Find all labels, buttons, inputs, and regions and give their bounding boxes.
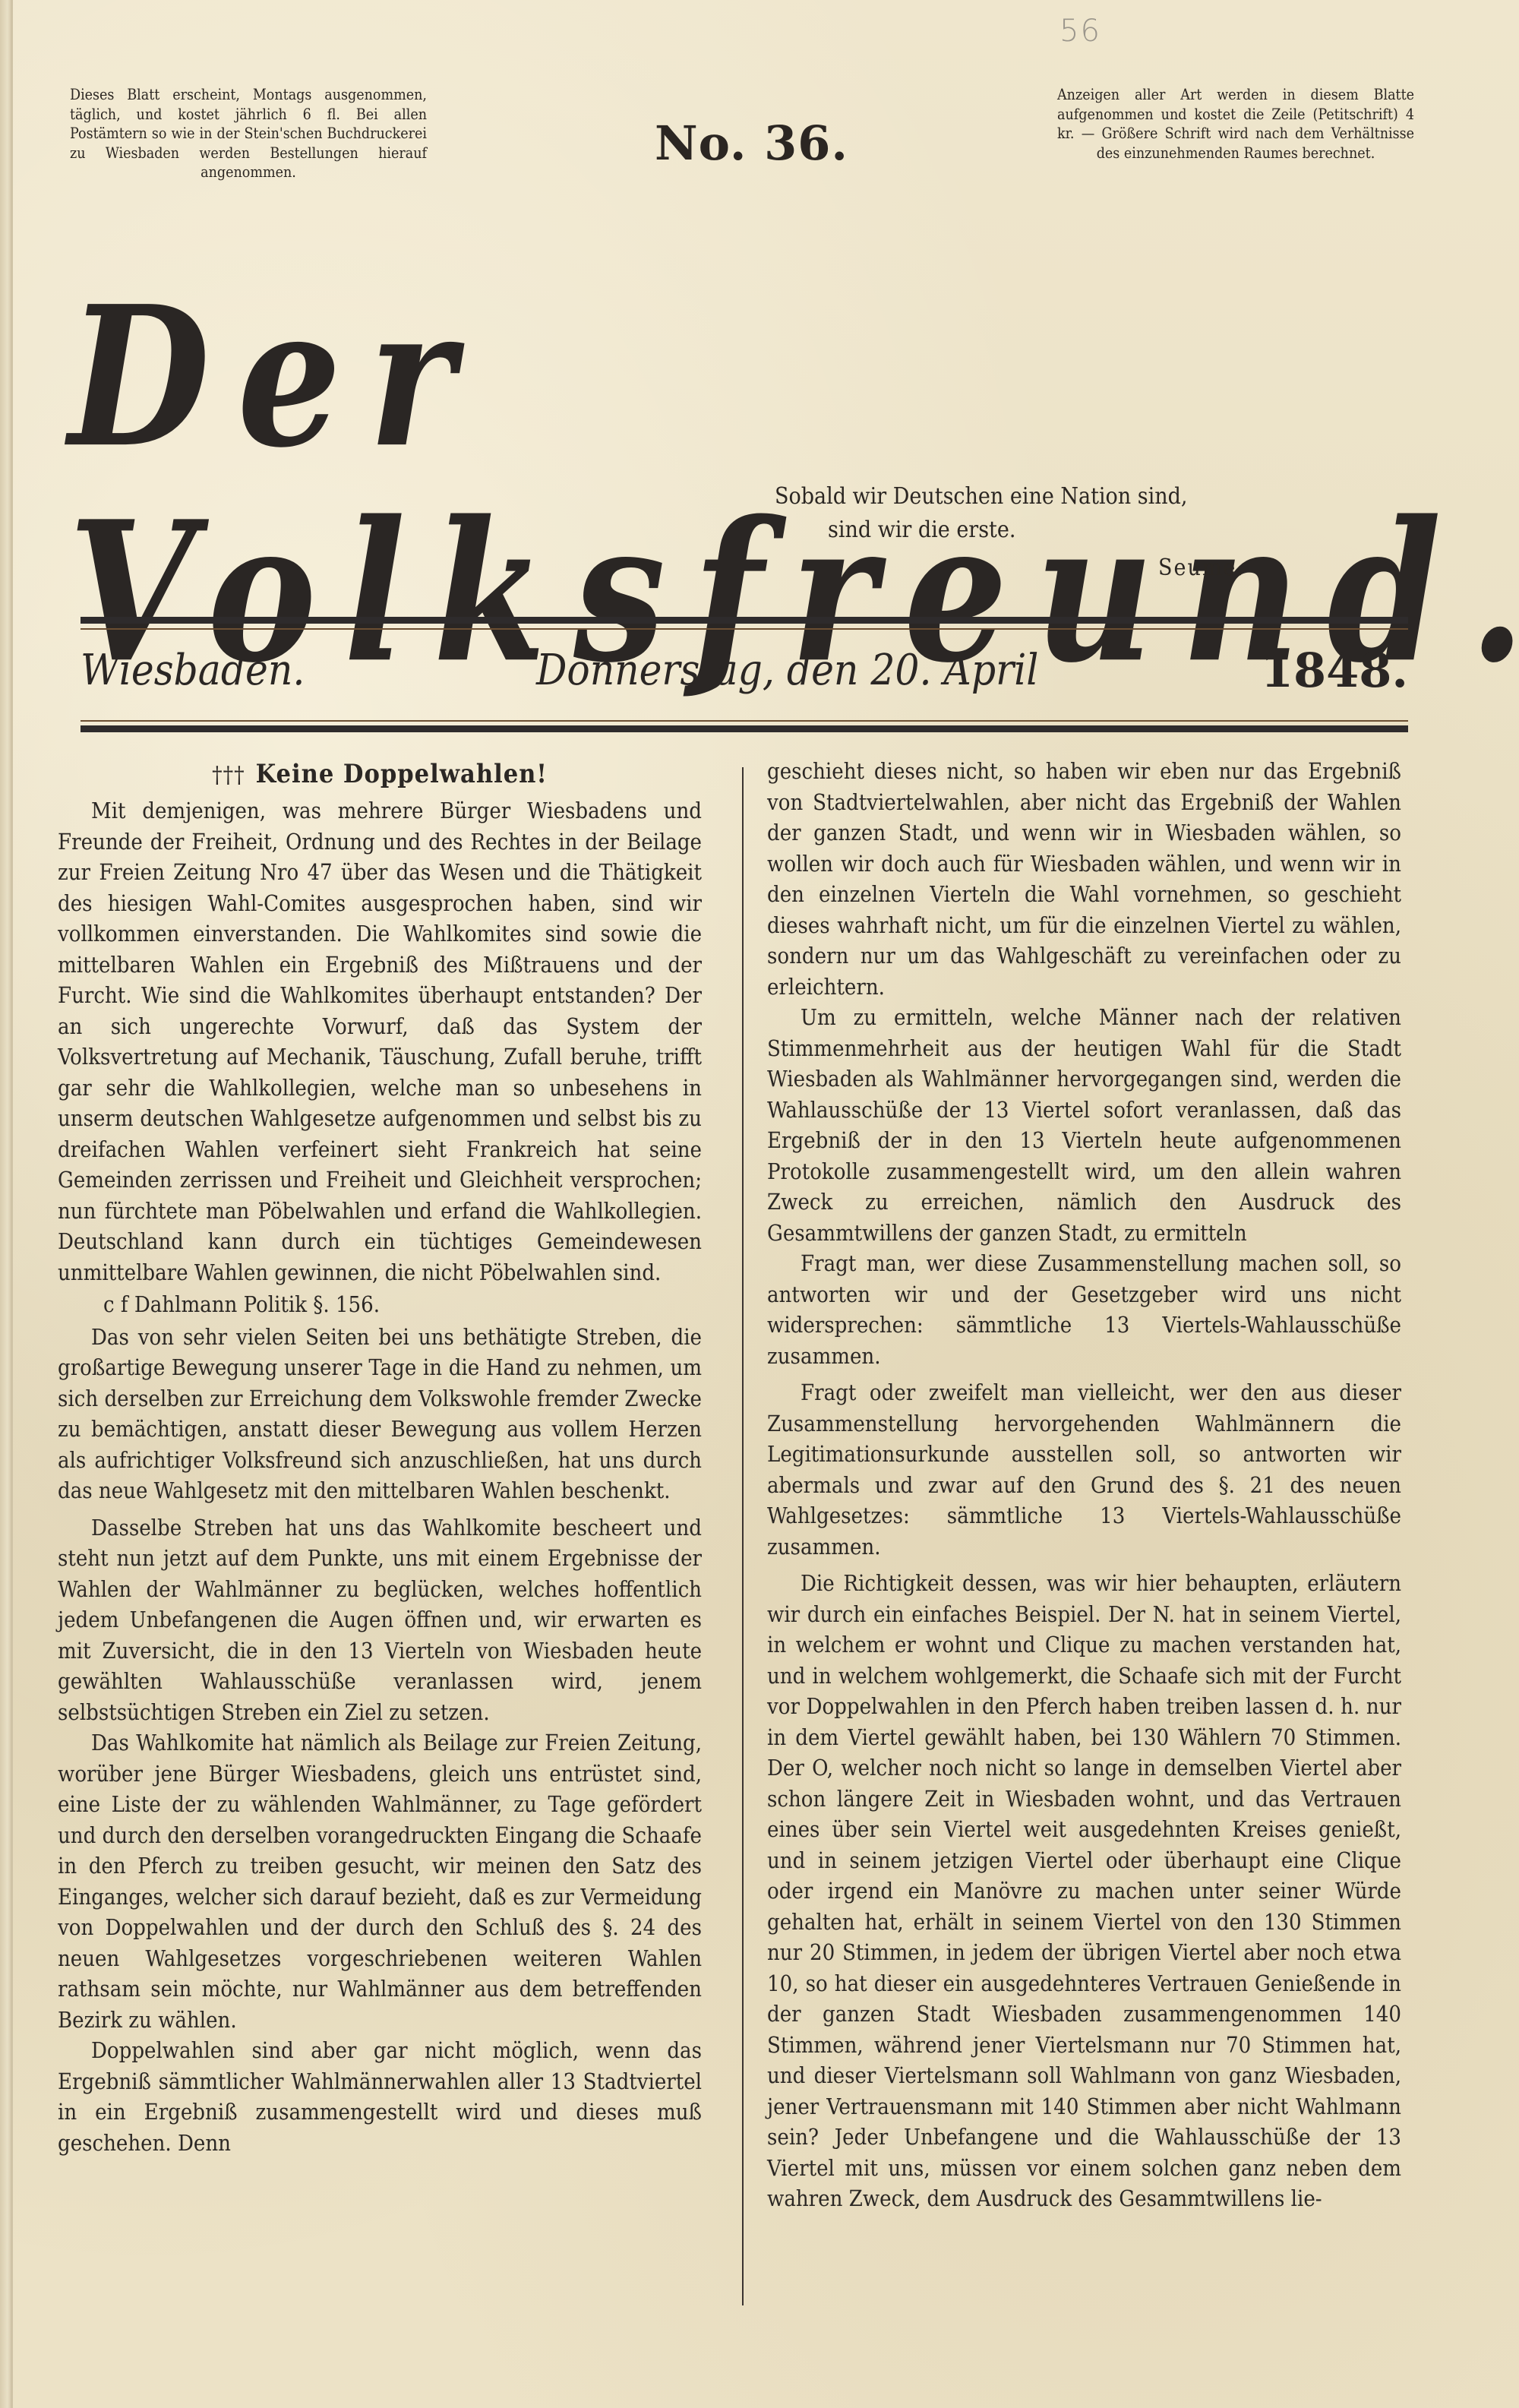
headline-text: Keine Doppelwahlen! (256, 759, 548, 789)
paragraph: geschieht dieses nicht, so haben wir ebe… (767, 756, 1401, 1002)
motto-line-2: sind wir die erste. (775, 514, 1382, 547)
paragraph: Um zu ermitteln, welche Männer nach der … (767, 1002, 1401, 1248)
paragraph: Fragt man, wer diese Zusammenstellung ma… (767, 1248, 1401, 1371)
bottom-rule-thin (81, 720, 1408, 722)
paper-fold-line (11, 0, 13, 2408)
paper-fold-edge (0, 0, 11, 2408)
column-divider (742, 767, 744, 2305)
paragraph: Dasselbe Streben hat uns das Wahlkomite … (58, 1512, 702, 1728)
top-rule-thick (81, 617, 1408, 624)
dateline: Wiesbaden. Donnerstag, den 20. April 184… (81, 644, 1408, 697)
advertising-notice: Anzeigen aller Art werden in diesem Blat… (1057, 85, 1414, 163)
masthead-word-der: Der (68, 264, 482, 491)
paragraph: Die Richtigkeit dessen, was wir hier beh… (767, 1568, 1401, 2214)
archive-pencil-number: 56 (1060, 14, 1101, 49)
issue-number: No. 36. (655, 115, 848, 171)
paragraph: Das Wahlkomite hat nämlich als Beilage z… (58, 1727, 702, 2035)
dagger-mark-icon: ††† (212, 762, 245, 788)
reference-citation: c f Dahlmann Politik §. 156. (58, 1289, 702, 1320)
newspaper-page: 56 Dieses Blatt erscheint, Montags ausge… (0, 0, 1519, 2408)
motto-line-1: Sobald wir Deutschen eine Nation sind, (775, 483, 1187, 510)
paragraph: Doppelwahlen sind aber gar nicht möglich… (58, 2035, 702, 2158)
article-headline: †††Keine Doppelwahlen! (58, 757, 702, 792)
dateline-year: 1848. (1261, 644, 1408, 697)
subscription-notice: Dieses Blatt erscheint, Montags ausgenom… (70, 85, 427, 182)
paragraph: Mit demjenigen, was mehrere Bürger Wiesb… (58, 795, 702, 1288)
dateline-date: Donnerstag, den 20. April (536, 644, 1038, 697)
top-rule-thin (81, 628, 1408, 630)
motto: Sobald wir Deutschen eine Nation sind, s… (775, 480, 1382, 585)
bottom-rule-thick (81, 725, 1408, 732)
article-column-left: †††Keine Doppelwahlen! Mit demjenigen, w… (58, 756, 702, 2158)
paragraph: Das von sehr vielen Seiten bei uns bethä… (58, 1322, 702, 1506)
dateline-place: Wiesbaden. (81, 644, 305, 697)
article-column-right: geschieht dieses nicht, so haben wir ebe… (767, 756, 1401, 2214)
motto-author: Seume. (775, 551, 1382, 585)
paragraph: Fragt oder zweifelt man vielleicht, wer … (767, 1377, 1401, 1562)
